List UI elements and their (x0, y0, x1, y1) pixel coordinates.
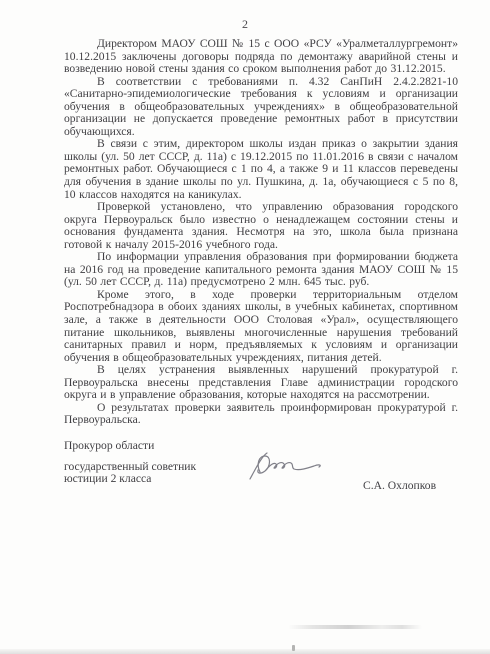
paragraph-applicant-informed: О результатах проверки заявитель проинфо… (64, 402, 458, 427)
scan-artifact-smudge (288, 625, 422, 629)
paragraph-school-closure-order: В связи с этим, директором школы издан п… (64, 138, 458, 201)
paragraph-sanpin-requirements: В соответствии с требованиями п. 4.32 Са… (64, 76, 458, 139)
paragraph-contracts: Директором МАОУ СОШ № 15 с ООО «РСУ «Ура… (64, 38, 458, 76)
signoff-name: С.А. Охлопков (363, 479, 458, 492)
signature-stroke-icon (246, 446, 326, 486)
paragraph-rospotrebnadzor-violations: Кроме этого, в ходе проверки территориал… (64, 289, 458, 364)
signoff-rank-line2: юстиции 2 класса (64, 473, 196, 485)
document-body: Директором МАОУ СОШ № 15 с ООО «РСУ «Ура… (64, 38, 458, 427)
signoff-rank: государственный советник юстиции 2 класс… (64, 461, 196, 485)
scan-page-bottom-edge (0, 649, 490, 654)
signoff-position-title: Прокурор области (64, 439, 154, 452)
paragraph-budget-info: По информации управления образования при… (64, 251, 458, 289)
page-number: 2 (0, 17, 490, 32)
scanned-document-page: 2 Директором МАОУ СОШ № 15 с ООО «РСУ «У… (0, 0, 490, 654)
handwritten-signature (246, 446, 326, 486)
paragraph-inspection-findings: Проверкой установлено, что управлению об… (64, 201, 458, 251)
paragraph-measures-taken: В целях устранения выявленных нарушений … (64, 364, 458, 402)
